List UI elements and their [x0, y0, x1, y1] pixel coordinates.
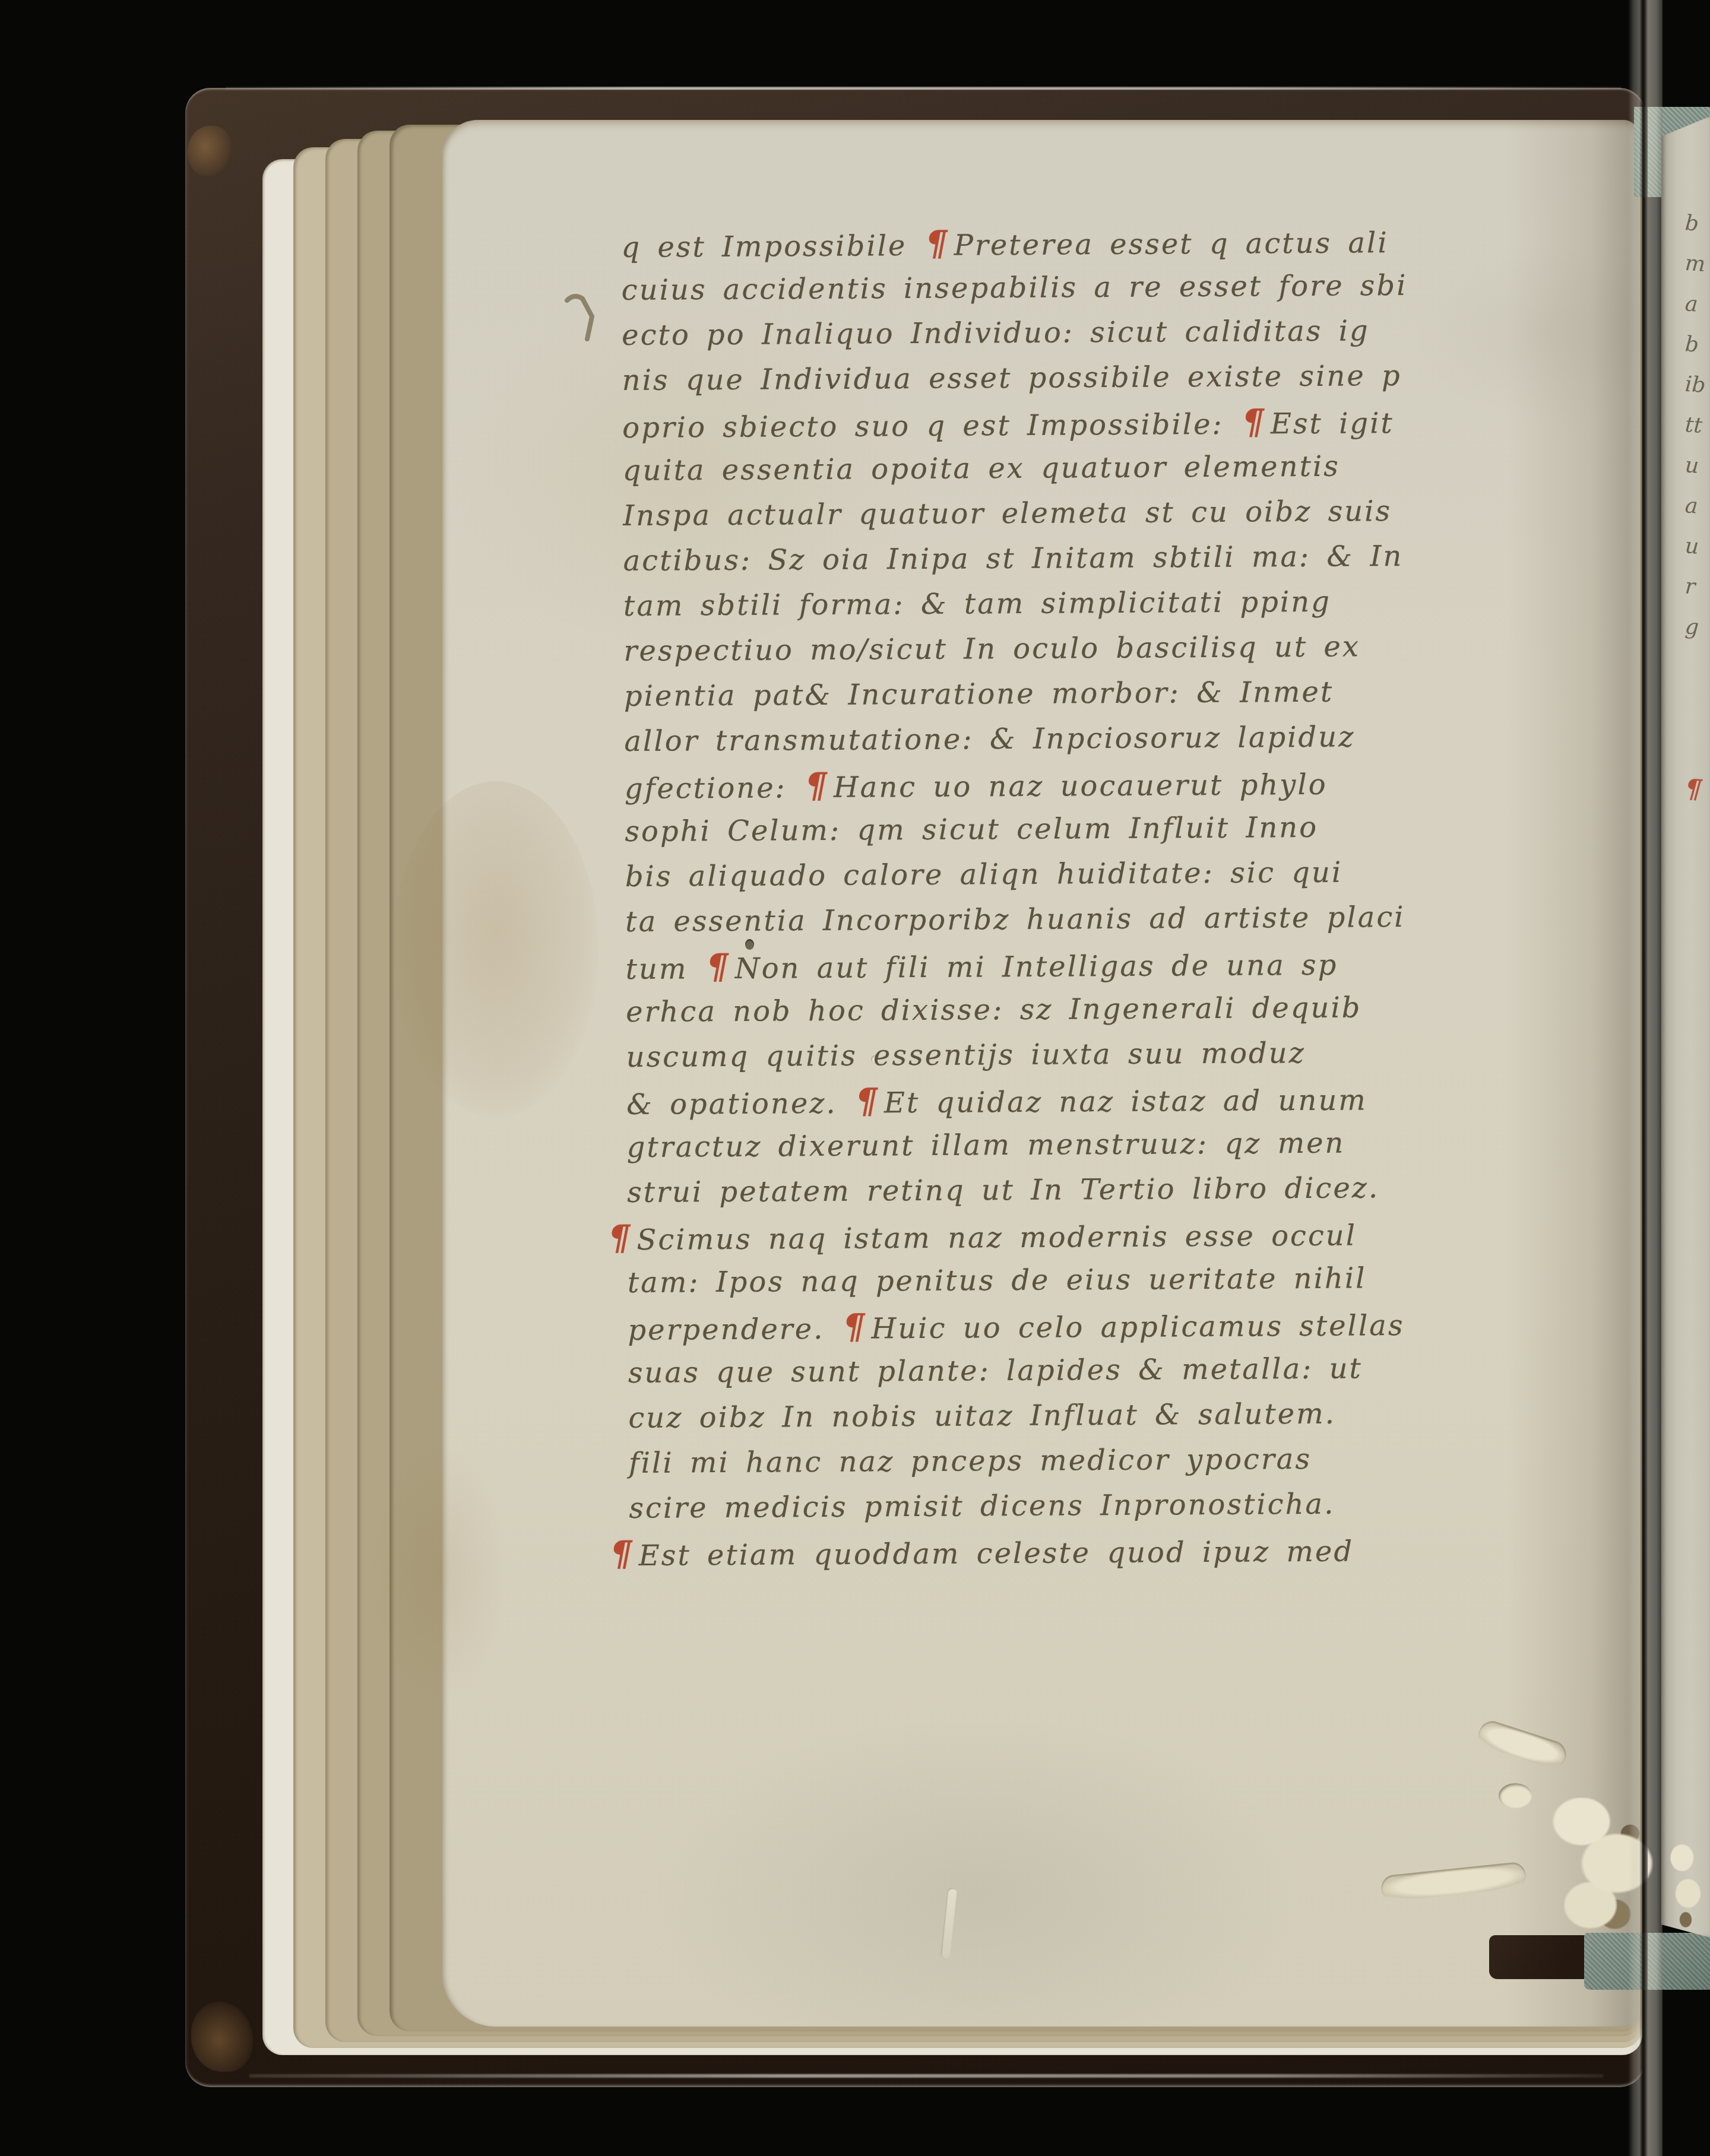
line-text: sophi Celum: qm sicut celum Influit Inno: [625, 811, 1318, 848]
manuscript-line: scire medicis pmisit dicens Inpronostich…: [629, 1480, 1603, 1531]
facing-page-text-fragment: g: [1684, 614, 1700, 640]
manuscript-photograph: q est Impossibile ¶Preterea esset q actu…: [0, 0, 1710, 2156]
line-text: scire medicis pmisit dicens Inpronostich…: [629, 1488, 1335, 1525]
manuscript-line: strui petatem retinq ut In Tertio libro …: [627, 1164, 1601, 1215]
line-text: quita essentia opoita ex quatuor element…: [622, 450, 1340, 487]
manuscript-line: ¶Est etiam quoddam celeste quod ipuz med: [608, 1525, 1603, 1576]
manuscript-line: fili mi hanc naz pnceps medicor ypocras: [629, 1435, 1603, 1486]
line-text: Huic uo celo applicamus stellas: [871, 1309, 1404, 1345]
line-text: gtractuz dixerunt illam menstruuz: qz me…: [626, 1127, 1345, 1164]
line-text: Hanc uo naz uocauerut phylo: [834, 768, 1328, 804]
manuscript-line: bis aliquado calore aliqn huiditate: sic…: [625, 848, 1599, 899]
line-text: pientia pat& Incuratione morbor: & Inmet: [624, 676, 1334, 713]
cover-edge-highlight-bottom: [249, 2074, 1603, 2078]
manuscript-line: cuius accidentis insepabilis a re esset …: [622, 262, 1595, 313]
manuscript-line: quita essentia opoita ex quatuor element…: [622, 442, 1596, 493]
facing-page-text-fragment: u: [1684, 453, 1700, 478]
pilcrow-mark: ¶: [843, 1307, 866, 1347]
line-text: erhca nob hoc dixisse: sz Ingenerali deq…: [626, 991, 1362, 1029]
pilcrow-mark: ¶: [805, 765, 829, 806]
line-text: & opationez.: [626, 1087, 853, 1121]
pilcrow-mark: ¶: [706, 946, 730, 987]
line-text: cuius accidentis insepabilis a re esset …: [622, 269, 1408, 307]
worm-damage: [1499, 1783, 1532, 1808]
manuscript-line: allor transmutatione: & Inpciosoruz lapi…: [624, 713, 1598, 764]
page-hole: [871, 1055, 879, 1063]
manuscript-line: cuz oibz In nobis uitaz Influat & salute…: [628, 1390, 1602, 1441]
manuscript-line: q est Impossibile ¶Preterea esset q actu…: [621, 217, 1595, 268]
line-text: respectiuo mo/sicut In oculo bascilisq u…: [623, 630, 1360, 668]
cover-edge-highlight-top: [226, 87, 1621, 90]
line-text: ecto po Inaliquo Individuo: sicut calidi…: [622, 314, 1370, 352]
line-text: gfectione:: [625, 771, 803, 806]
facing-page-text-fragment: tt: [1684, 413, 1703, 438]
line-text: bis aliquado calore aliqn huiditate: sic…: [625, 856, 1343, 893]
facing-page-text-fragment: u: [1684, 534, 1700, 559]
manuscript-line: gtractuz dixerunt illam menstruuz: qz me…: [626, 1119, 1600, 1170]
line-text: fili mi hanc naz pnceps medicor ypocras: [629, 1442, 1312, 1480]
manuscript-line: erhca nob hoc dixisse: sz Ingenerali deq…: [626, 984, 1600, 1035]
manuscript-line: ta essentia Incorporibz huanis ad artist…: [625, 893, 1599, 944]
line-text: Preterea esset q actus ali: [954, 226, 1388, 262]
line-text: tum: [626, 952, 704, 986]
manuscript-line: nis que Individua esset possibile existe…: [622, 352, 1595, 403]
line-text: Et quidaz naz istaz ad unum: [884, 1083, 1367, 1120]
line-text: strui petatem retinq ut In Tertio libro …: [627, 1171, 1380, 1209]
manuscript-page: q est Impossibile ¶Preterea esset q actu…: [442, 120, 1639, 2027]
pilcrow-mark: ¶: [925, 223, 949, 264]
line-text: nis que Individua esset possibile existe…: [622, 359, 1402, 397]
stain-drip: [940, 1887, 957, 1959]
facing-page-rubric-mark: ¶: [1684, 773, 1702, 805]
line-text: perpendere.: [628, 1312, 840, 1347]
facing-page-text-fragment: b: [1684, 211, 1700, 236]
line-text: Inspa actualr quatuor elemeta st cu oibz…: [623, 494, 1392, 532]
manuscript-line: actibus: Sz oia Inipa st Initam sbtili m…: [623, 532, 1597, 584]
glass-edge: [1628, 0, 1662, 2156]
stain: [393, 781, 598, 1117]
line-text: Scimus naq istam naz modernis esse occul: [636, 1219, 1357, 1256]
line-text: tam: Ipos naq penitus de eius ueritate n…: [628, 1261, 1367, 1299]
text-block: q est Impossibile ¶Preterea esset q actu…: [621, 217, 1603, 1576]
worm-damage: [1662, 1839, 1709, 1933]
manuscript-line: suas que sunt plante: lapides & metalla:…: [628, 1345, 1602, 1396]
pilcrow-mark: ¶: [1242, 401, 1266, 442]
manuscript-line: respectiuo mo/sicut In oculo bascilisq u…: [623, 623, 1597, 674]
facing-page-text-fragment: m: [1684, 251, 1706, 277]
page-hole: [745, 939, 754, 950]
line-text: ta essentia Incorporibz huanis ad artist…: [625, 901, 1405, 939]
facing-page-text-fragment: r: [1684, 574, 1696, 599]
line-text: Est igit: [1271, 407, 1394, 440]
line-text: Non aut fili mi Intelligas de una sp: [734, 949, 1338, 985]
manuscript-line: uscumq quitis essentijs iuxta suu moduz: [626, 1029, 1600, 1080]
line-text: uscumq quitis essentijs iuxta suu moduz: [626, 1036, 1306, 1074]
line-text: oprio sbiecto suo q est Impossibile:: [622, 408, 1240, 445]
line-text: tam sbtili forma: & tam simplicitati ppi…: [623, 585, 1331, 623]
manuscript-line: Inspa actualr quatuor elemeta st cu oibz…: [623, 487, 1597, 538]
manuscript-line: sophi Celum: qm sicut celum Influit Inno: [625, 803, 1598, 854]
line-text: allor transmutatione: & Inpciosoruz lapi…: [624, 720, 1355, 758]
line-text: cuz oibz In nobis uitaz Influat & salute…: [628, 1397, 1336, 1435]
manuscript-line: oprio sbiecto suo q est Impossibile: ¶Es…: [622, 397, 1596, 448]
line-text: Est etiam quoddam celeste quod ipuz med: [639, 1535, 1354, 1572]
manuscript-line: perpendere. ¶Huic uo celo applicamus ste…: [628, 1299, 1601, 1350]
stain: [372, 1446, 506, 1699]
manuscript-line: tum ¶Non aut fili mi Intelligas de una s…: [625, 939, 1599, 990]
manuscript-line: & opationez. ¶Et quidaz naz istaz ad unu…: [626, 1074, 1600, 1125]
manuscript-line: tam: Ipos naq penitus de eius ueritate n…: [628, 1254, 1601, 1305]
pilcrow-mark: ¶: [856, 1080, 879, 1121]
line-text: actibus: Sz oia Inipa st Initam sbtili m…: [623, 540, 1403, 578]
manuscript-line: ecto po Inaliquo Individuo: sicut calidi…: [622, 307, 1595, 358]
line-text: q est Impossibile: [621, 229, 923, 264]
facing-page-text-fragment: a: [1684, 493, 1699, 518]
facing-page-edge: b m a b ib tt u a u r g ¶: [1661, 116, 1710, 1938]
facing-page-text-fragment: a: [1684, 291, 1699, 316]
pilcrow-mark: ¶: [608, 1217, 632, 1258]
worm-trail-mark: [565, 293, 606, 350]
line-text: suas que sunt plante: lapides & metalla:…: [628, 1352, 1363, 1390]
manuscript-line: tam sbtili forma: & tam simplicitati ppi…: [623, 578, 1597, 629]
manuscript-line: ¶Scimus naq istam naz modernis esse occu…: [606, 1209, 1601, 1260]
manuscript-line: gfectione: ¶Hanc uo naz uocauerut phylo: [625, 758, 1598, 809]
facing-page-text-fragment: ib: [1684, 372, 1706, 398]
manuscript-line: pientia pat& Incuratione morbor: & Inmet: [624, 668, 1598, 719]
facing-page-text-fragment: b: [1684, 332, 1700, 357]
pilcrow-mark: ¶: [610, 1533, 634, 1574]
